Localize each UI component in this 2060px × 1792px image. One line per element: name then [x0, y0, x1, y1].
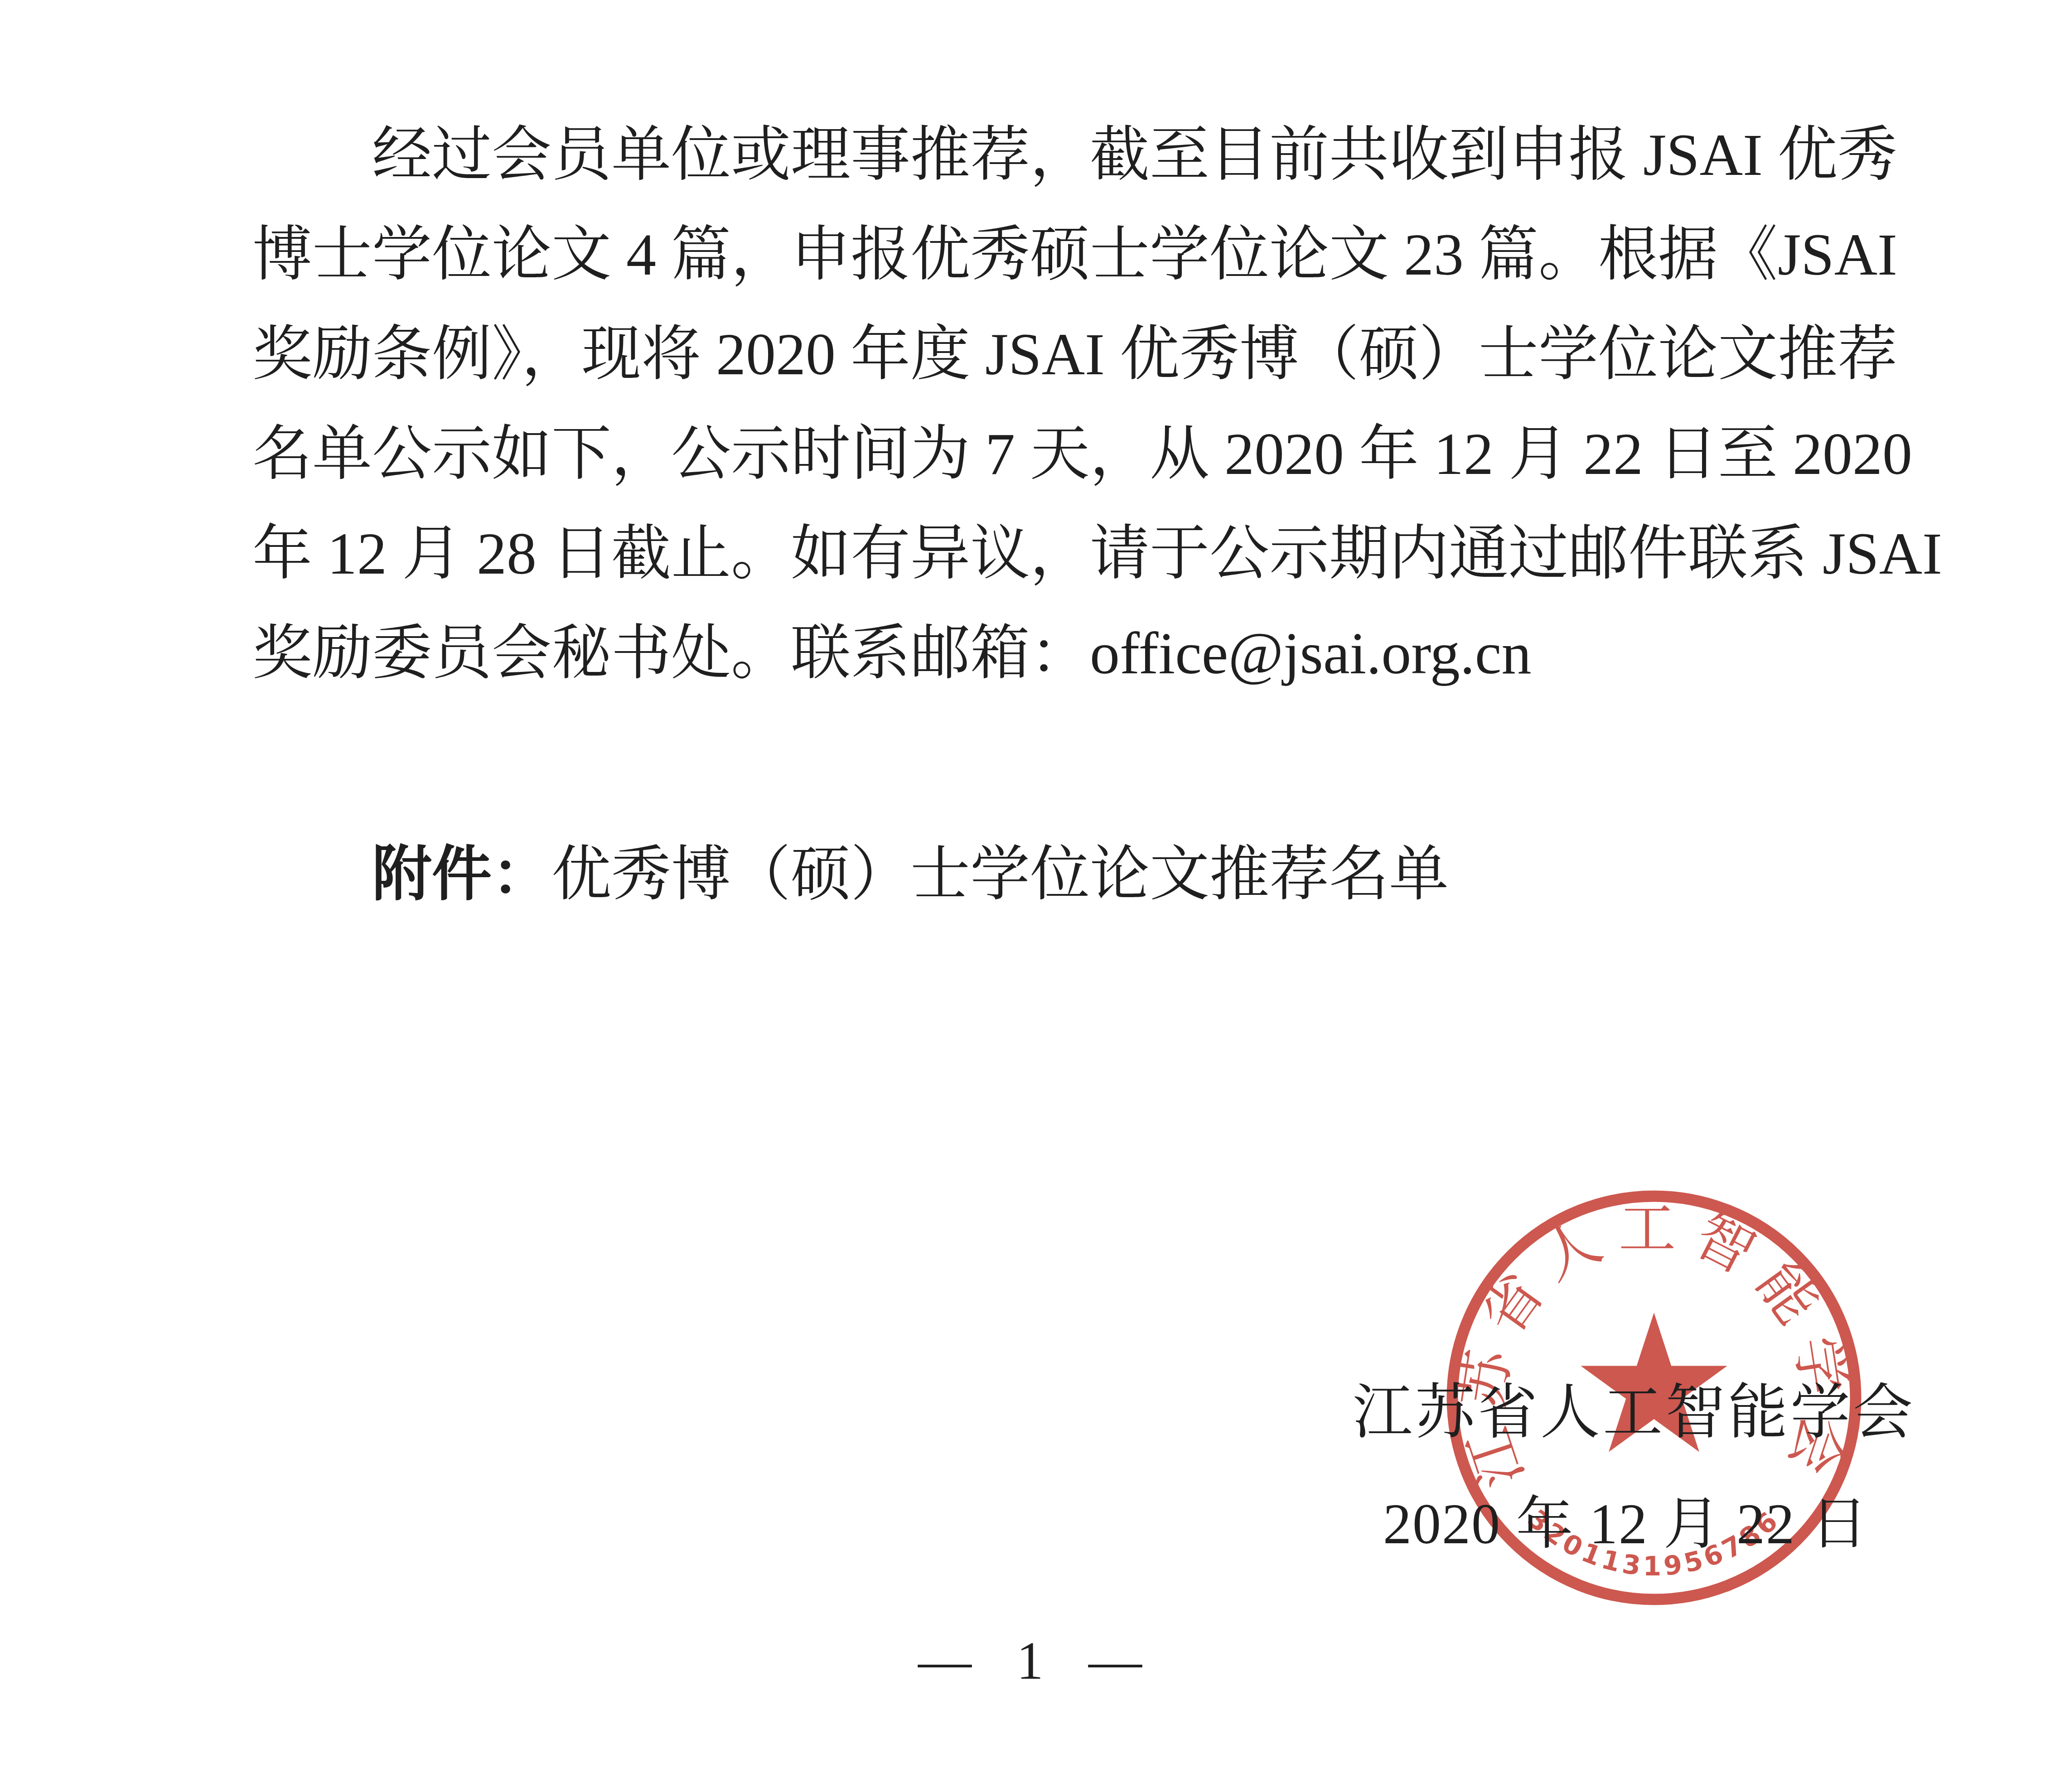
attachment-title: 优秀博（硕）士学位论文推荐名单 [551, 841, 1449, 908]
body-line: 奖励条例》，现将 2020 年度 JSAI 优秀博（硕）士学位论文推荐 [252, 304, 1889, 404]
attachment-label: 附件： [372, 841, 551, 908]
body-paragraph: 经过会员单位或理事推荐，截至目前共收到申报 JSAI 优秀 博士学位论文 4 篇… [252, 105, 1889, 703]
signature-date: 2020 年 12 月 22 日 [1383, 1478, 1869, 1560]
page-number: — 1 — [0, 1630, 2060, 1692]
body-line: 年 12 月 28 日截止。如有异议，请于公示期内通过邮件联系 JSAI [252, 504, 1889, 604]
body-line: 经过会员单位或理事推荐，截至目前共收到申报 JSAI 优秀 [252, 105, 1889, 205]
body-line-contact: 奖励委员会秘书处。联系邮箱：office@jsai.org.cn [252, 604, 1889, 703]
attachment-row: 附件：优秀博（硕）士学位论文推荐名单 [252, 825, 1889, 924]
body-line: 博士学位论文 4 篇，申报优秀硕士学位论文 23 篇。根据《JSAI [252, 205, 1889, 304]
signature-organization: 江苏省人工智能学会 [1353, 1364, 1915, 1450]
body-line: 名单公示如下，公示时间为 7 天，从 2020 年 12 月 22 日至 202… [252, 404, 1889, 504]
document-page: 经过会员单位或理事推荐，截至目前共收到申报 JSAI 优秀 博士学位论文 4 篇… [0, 0, 2060, 1792]
